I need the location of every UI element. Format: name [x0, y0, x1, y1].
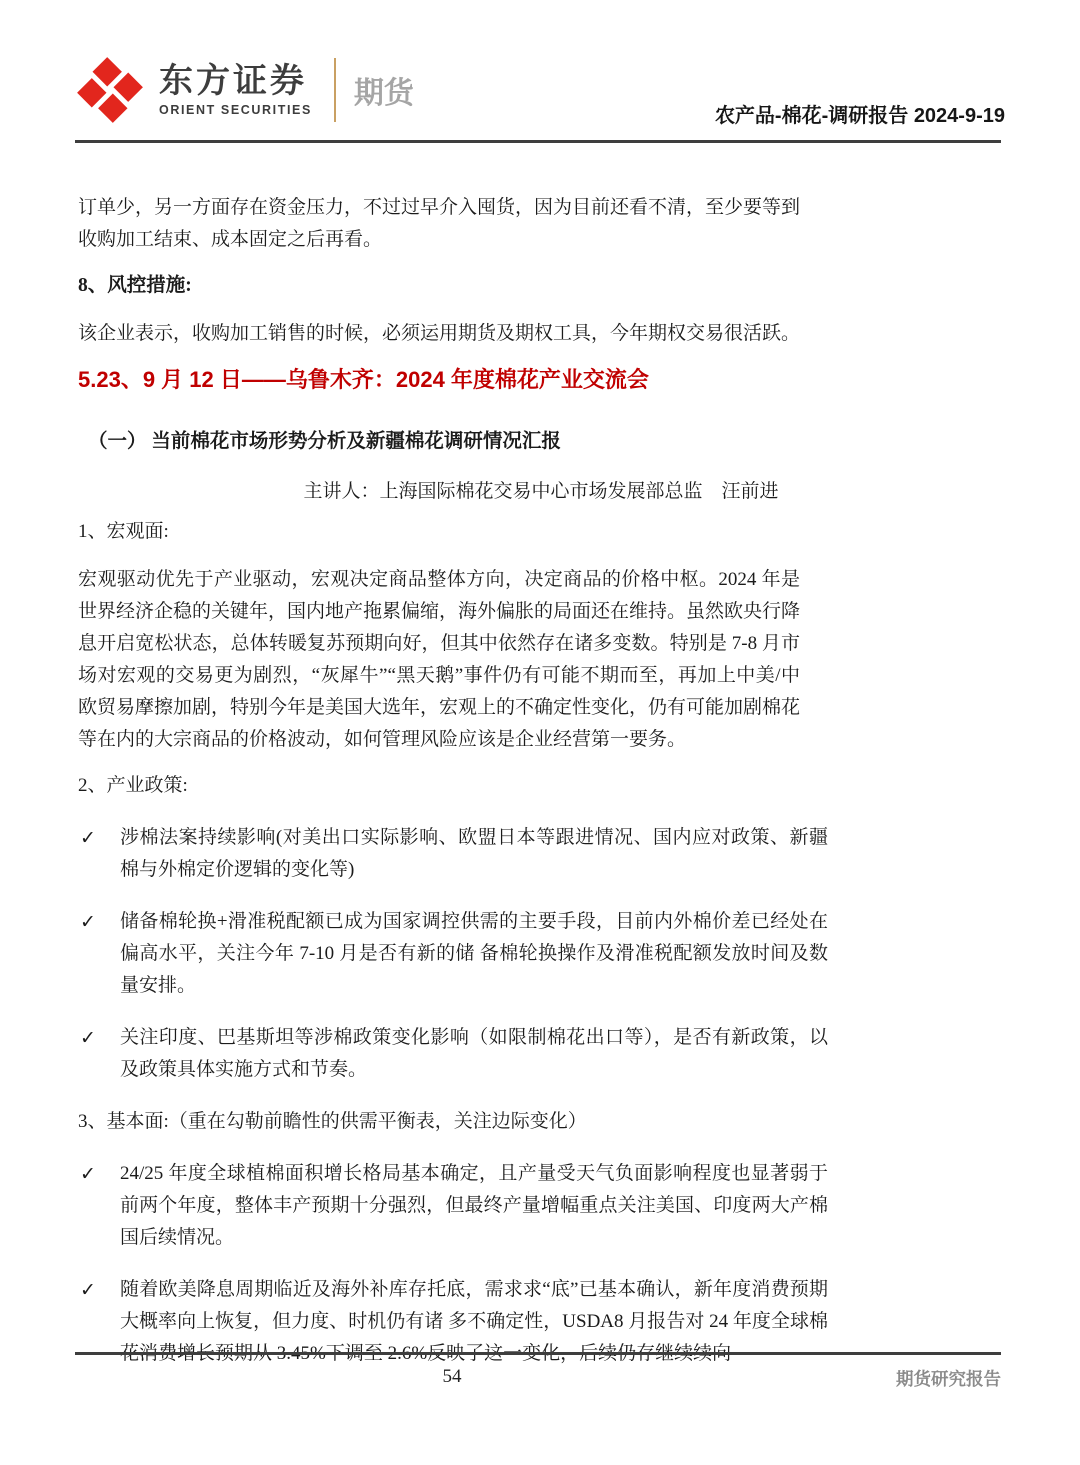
spacer — [78, 556, 826, 564]
orient-securities-logo-icon — [75, 55, 145, 125]
subsection-title-market-analysis: （一） 当前棉花市场形势分析及新疆棉花调研情况汇报 — [78, 426, 826, 458]
fundamentals-bullet-1-text: 24/25 年度全球植棉面积增长格局基本确定，且产量受天气负面影响程度也显著弱于… — [120, 1158, 828, 1254]
checkmark-icon: ✓ — [80, 906, 104, 1002]
fundamentals-bullet-2: ✓ 随着欧美降息周期临近及海外补库存托底，需求求“底”已基本确认，新年度消费预期… — [80, 1274, 828, 1370]
paragraph-order-funding: 订单少，另一方面存在资金压力，不过过早介入囤货，因为目前还看不清，至少要等到收购… — [78, 192, 800, 256]
checkmark-icon: ✓ — [80, 822, 104, 886]
division-label: 期货 — [354, 68, 414, 112]
spacer — [78, 1146, 826, 1154]
spacer — [78, 810, 826, 818]
heading-macro: 1、宏观面: — [78, 516, 826, 548]
heading-fundamentals: 3、基本面:（重在勾勒前瞻性的供需平衡表，关注边际变化） — [78, 1106, 826, 1138]
footer-rule — [75, 1352, 1001, 1355]
fundamentals-bullet-2-text: 随着欧美降息周期临近及海外补库存托底，需求求“底”已基本确认，新年度消费预期大概… — [120, 1274, 828, 1370]
checkmark-icon: ✓ — [80, 1274, 104, 1370]
report-page: 东方证券 ORIENT SECURITIES 期货 农产品-棉花-调研报告 20… — [0, 0, 1080, 1465]
section-title-urumqi-exchange-meeting: 5.23、9 月 12 日——乌鲁木齐：2024 年度棉花产业交流会 — [78, 364, 826, 396]
heading-industry-policy: 2、产业政策: — [78, 770, 826, 802]
fundamentals-bullet-1: ✓ 24/25 年度全球植棉面积增长格局基本确定，且产量受天气负面影响程度也显著… — [80, 1158, 828, 1254]
paragraph-macro: 宏观驱动优先于产业驱动，宏观决定商品整体方向，决定商品的价格中枢。2024 年是… — [78, 564, 800, 756]
report-footer: 54 期货研究报告 — [75, 1366, 1001, 1396]
brand-text: 东方证券 ORIENT SECURITIES — [159, 63, 312, 116]
paragraph-risk-control: 该企业表示，收购加工销售的时候，必须运用期货及期权工具，今年期权交易很活跃。 — [78, 318, 800, 350]
report-type-label: 期货研究报告 — [896, 1366, 1001, 1391]
policy-bullet-1: ✓ 涉棉法案持续影响(对美出口实际影响、欧盟日本等跟进情况、国内应对政策、新疆棉… — [80, 822, 828, 886]
brand-divider — [334, 58, 336, 122]
policy-bullet-1-text: 涉棉法案持续影响(对美出口实际影响、欧盟日本等跟进情况、国内应对政策、新疆棉与外… — [120, 822, 828, 886]
checkmark-icon: ✓ — [80, 1022, 104, 1086]
policy-bullet-3-text: 关注印度、巴基斯坦等涉棉政策变化影响（如限制棉花出口等），是否有新政策，以及政策… — [120, 1022, 828, 1086]
page-number: 54 — [427, 1366, 477, 1388]
policy-bullet-2-text: 储备棉轮换+滑准税配额已成为国家调控供需的主要手段，目前内外棉价差已经处在偏高水… — [120, 906, 828, 1002]
heading-risk-control: 8、风控措施: — [78, 270, 826, 302]
policy-bullet-2: ✓ 储备棉轮换+滑准税配额已成为国家调控供需的主要手段，目前内外棉价差已经处在偏… — [80, 906, 828, 1002]
brand-name-en: ORIENT SECURITIES — [159, 103, 312, 117]
report-category-date: 农产品-棉花-调研报告 2024-9-19 — [715, 99, 1005, 128]
report-body: 订单少，另一方面存在资金压力，不过过早介入囤货，因为目前还看不清，至少要等到收购… — [78, 192, 826, 1390]
brand-name-cn: 东方证券 — [159, 63, 312, 100]
speaker-line: 主讲人：上海国际棉花交易中心市场发展部总监 汪前进 — [78, 476, 1004, 508]
policy-bullet-3: ✓ 关注印度、巴基斯坦等涉棉政策变化影响（如限制棉花出口等），是否有新政策，以及… — [80, 1022, 828, 1086]
checkmark-icon: ✓ — [80, 1158, 104, 1254]
header-rule — [75, 140, 1001, 143]
report-header: 东方证券 ORIENT SECURITIES 期货 农产品-棉花-调研报告 20… — [75, 50, 1005, 130]
